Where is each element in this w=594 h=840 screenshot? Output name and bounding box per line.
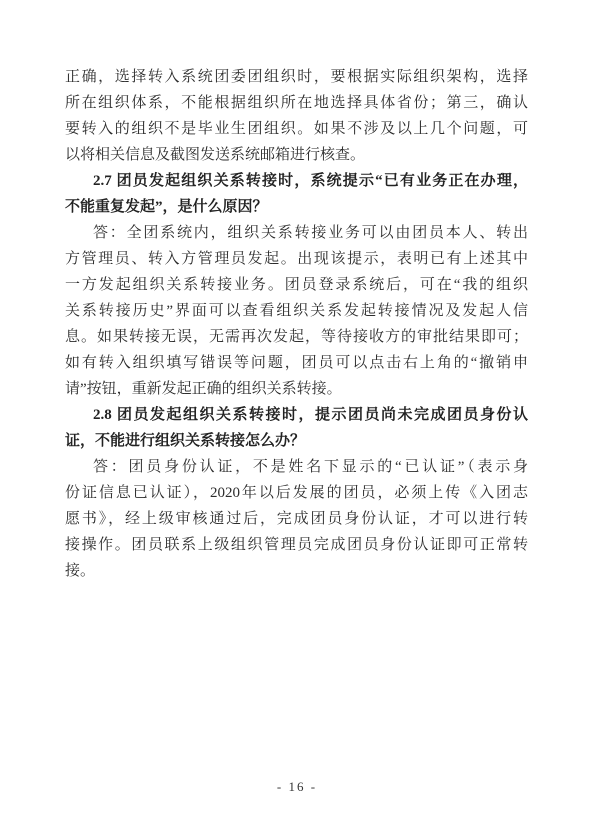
paragraph-continuation: 正确，选择转入系统团委团组织时，要根据实际组织架构，选择所在组织体系，不能根据组… [65, 64, 528, 168]
document-body: 正确，选择转入系统团委团组织时，要根据实际组织架构，选择所在组织体系，不能根据组… [65, 64, 528, 584]
text-line: 请”按钮，重新发起正确的组织关系转接。 [65, 376, 528, 402]
paragraph-question: 2.8 团员发起组织关系转接时，提示团员尚未完成团员身份认证，不能进行组织关系转… [65, 402, 528, 454]
text-line: 答：团员身份认证，不是姓名下显示的“已认证”（表示身 [65, 454, 528, 480]
text-line: 答：全团系统内，组织关系转接业务可以由团员本人、转出 [65, 220, 528, 246]
text-line: 一方发起组织关系转接业务。团员登录系统后，可在“我的组织 [65, 272, 528, 298]
text-line: 证，不能进行组织关系转接怎么办？ [65, 428, 528, 454]
paragraph-question: 2.7 团员发起组织关系转接时，系统提示“已有业务正在办理，不能重复发起”，是什… [65, 168, 528, 220]
text-line: 要转入的组织不是毕业生团组织。如果不涉及以上几个问题，可 [65, 116, 528, 142]
text-line: 关系转接历史”界面可以查看组织关系发起转接情况及发起人信 [65, 298, 528, 324]
text-line: 如有转入组织填写错误等问题，团员可以点击右上角的“撤销申 [65, 350, 528, 376]
text-line: 息。如果转接无误，无需再次发起，等待接收方的审批结果即可； [65, 324, 528, 350]
text-line: 正确，选择转入系统团委团组织时，要根据实际组织架构，选择 [65, 64, 528, 90]
paragraph-answer: 答：全团系统内，组织关系转接业务可以由团员本人、转出方管理员、转入方管理员发起。… [65, 220, 528, 402]
text-line: 不能重复发起”，是什么原因？ [65, 194, 528, 220]
text-line: 接操作。团员联系上级组织管理员完成团员身份认证即可正常转 [65, 532, 528, 558]
text-line: 所在组织体系，不能根据组织所在地选择具体省份；第三，确认 [65, 90, 528, 116]
text-line: 2.7 团员发起组织关系转接时，系统提示“已有业务正在办理， [65, 168, 528, 194]
text-line: 愿书》，经上级审核通过后，完成团员身份认证，才可以进行转 [65, 506, 528, 532]
paragraph-answer: 答：团员身份认证，不是姓名下显示的“已认证”（表示身份证信息已认证），2020年… [65, 454, 528, 584]
page-number: - 16 - [277, 779, 317, 794]
text-line: 接。 [65, 558, 528, 584]
text-line: 以将相关信息及截图发送系统邮箱进行核查。 [65, 142, 528, 168]
page-footer: - 16 - [0, 779, 594, 795]
text-line: 2.8 团员发起组织关系转接时，提示团员尚未完成团员身份认 [65, 402, 528, 428]
document-page: 正确，选择转入系统团委团组织时，要根据实际组织架构，选择所在组织体系，不能根据组… [0, 0, 594, 840]
text-line: 方管理员、转入方管理员发起。出现该提示，表明已有上述其中 [65, 246, 528, 272]
text-line: 份证信息已认证），2020年以后发展的团员，必须上传《入团志 [65, 480, 528, 506]
